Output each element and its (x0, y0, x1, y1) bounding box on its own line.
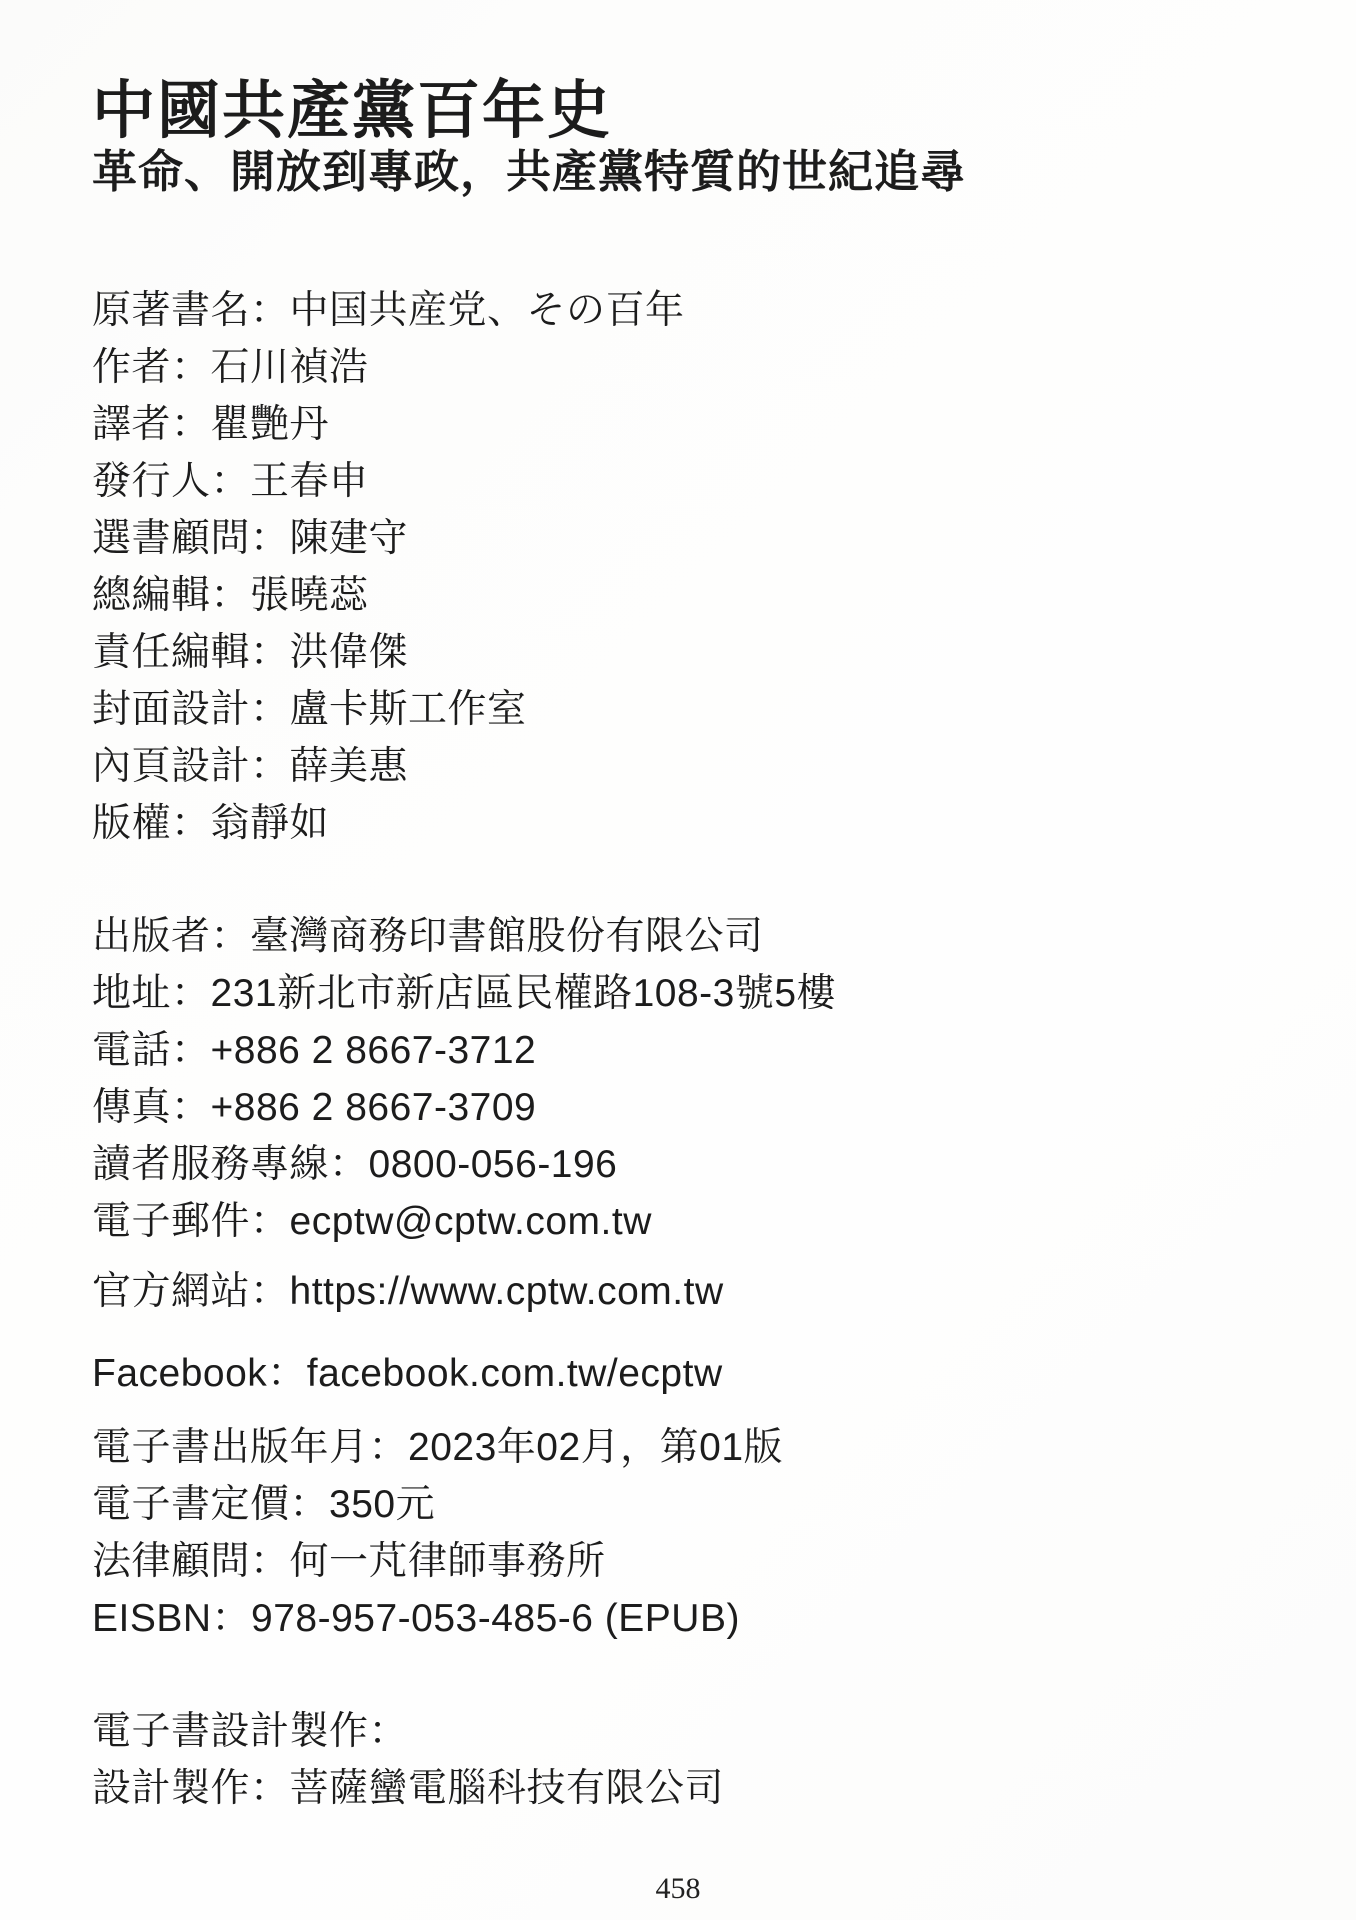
layout-design-line: 內頁設計：薛美惠 (92, 738, 1296, 795)
colophon-page: 中國共產黨百年史 革命、開放到專政，共產黨特質的世紀追尋 原著書名：中国共産党、… (0, 0, 1356, 1920)
translator-line: 譯者：瞿艷丹 (92, 396, 1296, 453)
ebook-price-line: 電子書定價：350元 (92, 1476, 1296, 1533)
ebook-production-heading-line: 電子書設計製作： (92, 1703, 1296, 1760)
email-line: 電子郵件：ecptw@cptw.com.tw (92, 1193, 1296, 1250)
ebook-publish-date-line: 電子書出版年月：2023年02月，第01版 (92, 1419, 1296, 1476)
eisbn-line: EISBN：978-957-053-485-6 (EPUB) (92, 1590, 1296, 1647)
book-title: 中國共產黨百年史 (92, 76, 1296, 146)
phone-line: 電話：+886 2 8667-3712 (92, 1022, 1296, 1079)
chief-editor-line: 總編輯：張曉蕊 (92, 567, 1296, 624)
address-line: 地址：231新北市新店區民權路108-3號5樓 (92, 965, 1296, 1022)
book-subtitle: 革命、開放到專政，共產黨特質的世紀追尋 (92, 146, 1296, 198)
page-number: 458 (0, 1872, 1356, 1906)
original-title-line: 原著書名：中国共産党、その百年 (92, 282, 1296, 339)
publisher-block: 出版者：臺灣商務印書館股份有限公司 地址：231新北市新店區民權路108-3號5… (92, 908, 1296, 1250)
managing-editor-line: 責任編輯：洪偉傑 (92, 624, 1296, 681)
legal-advisor-line: 法律顧問：何一芃律師事務所 (92, 1533, 1296, 1590)
credits-block: 原著書名：中国共産党、その百年 作者：石川禎浩 譯者：瞿艷丹 發行人：王春申 選… (92, 282, 1296, 852)
issuer-line: 發行人：王春申 (92, 453, 1296, 510)
facebook-line: Facebook：facebook.com.tw/ecptw (92, 1345, 1296, 1402)
service-hotline-line: 讀者服務專線：0800-056-196 (92, 1136, 1296, 1193)
edition-block: 電子書出版年月：2023年02月，第01版 電子書定價：350元 法律顧問：何一… (92, 1419, 1296, 1647)
fax-line: 傳真：+886 2 8667-3709 (92, 1079, 1296, 1136)
rights-line: 版權：翁靜如 (92, 795, 1296, 852)
publisher-line: 出版者：臺灣商務印書館股份有限公司 (92, 908, 1296, 965)
cover-design-line: 封面設計：盧卡斯工作室 (92, 681, 1296, 738)
author-line: 作者：石川禎浩 (92, 339, 1296, 396)
colophon-content: 中國共產黨百年史 革命、開放到專政，共產黨特質的世紀追尋 原著書名：中国共産党、… (0, 76, 1356, 1817)
website-line: 官方網站：https://www.cptw.com.tw (92, 1263, 1296, 1320)
production-block: 電子書設計製作： 設計製作：菩薩蠻電腦科技有限公司 (92, 1703, 1296, 1817)
book-advisor-line: 選書顧問：陳建守 (92, 510, 1296, 567)
production-company-line: 設計製作：菩薩蠻電腦科技有限公司 (92, 1760, 1296, 1817)
